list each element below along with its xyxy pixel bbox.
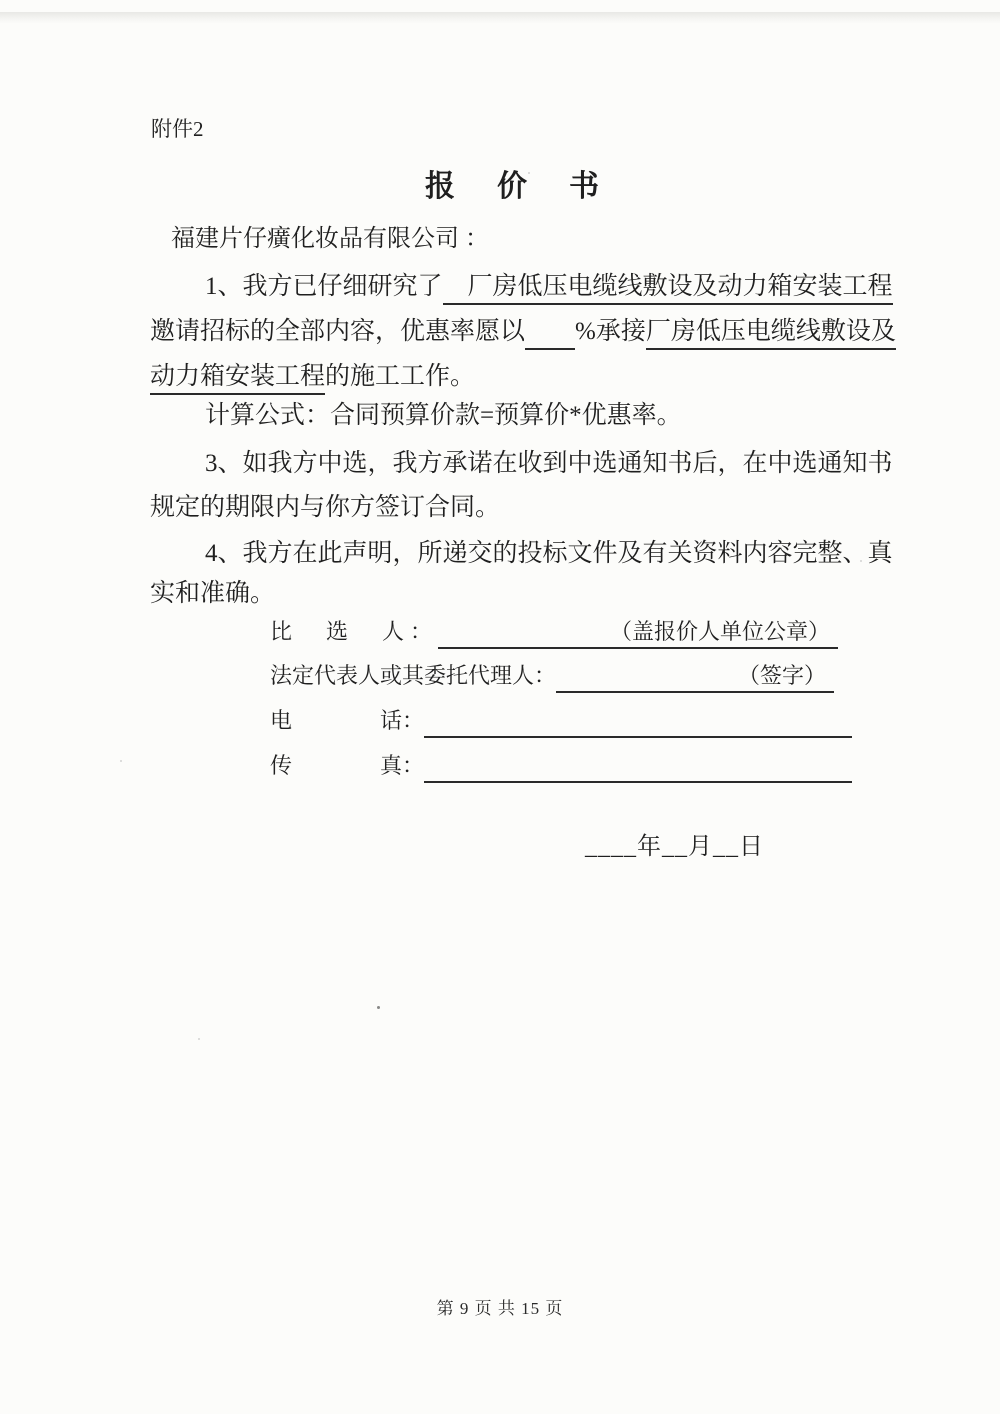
project-name-underlined-3: 动力箱安装工程 (150, 363, 325, 395)
fax-label: 传 真： (270, 749, 424, 783)
phone-label: 电 话： (270, 704, 424, 738)
clause1-line3: 动力箱安装工程的施工工作。 (150, 360, 475, 394)
date-line: ____年__月__日 (585, 830, 764, 864)
addressee-line: 福建片仔癀化妆品有限公司 ： (171, 222, 489, 256)
representative-signature-line: （签字） (556, 659, 834, 693)
fax-row: 传 真： (270, 749, 852, 783)
page-footer: 第 9 页 共 15 页 (0, 1292, 1000, 1326)
attachment-label: 附件2 (151, 112, 204, 146)
clause3-line2: 规定的期限内与你方签订合同。 (150, 491, 500, 525)
bidder-signature-line: （盖报价人单位公章） (438, 615, 838, 649)
bidder-row: 比 选 人：（盖报价人单位公章） (270, 615, 838, 649)
phone-blank-line (424, 704, 852, 738)
scanned-quotation-page: 附件2 报 价 书 福建片仔癀化妆品有限公司 ： 1、我方已仔细研究了 厂房低压… (0, 0, 1000, 1414)
clause1-lead: 1、我方已仔细研究了 (205, 273, 443, 300)
percent-suffix: %承接 (575, 318, 646, 345)
clause3-line1: 3、如我方中选，我方承诺在收到中选通知书后，在中选通知书 (205, 447, 893, 481)
bidder-label: 比 选 人： (270, 615, 438, 649)
document-title: 报 价 书 (0, 170, 1000, 204)
scan-speckle (377, 1006, 380, 1009)
clause1-line2: 邀请招标的全部内容，优惠率愿以 %承接厂房低压电缆线敷设及 (150, 315, 896, 349)
project-name-underlined-1: 厂房低压电缆线敷设及动力箱安装工程 (443, 273, 893, 305)
representative-row: 法定代表人或其委托代理人：（签字） (270, 659, 834, 693)
scan-speckle (198, 1038, 200, 1040)
clause1-line1: 1、我方已仔细研究了 厂房低压电缆线敷设及动力箱安装工程 (205, 270, 893, 304)
project-name-underlined-2: 厂房低压电缆线敷设及 (646, 318, 896, 350)
representative-label: 法定代表人或其委托代理人： (270, 659, 556, 693)
seal-note: （盖报价人单位公章） (610, 619, 830, 644)
clause4-line1: 4、我方在此声明，所递交的投标文件及有关资料内容完整、真 (205, 537, 893, 571)
discount-rate-blank (525, 318, 575, 350)
sign-note: （签字） (738, 663, 826, 688)
scan-speckle (120, 760, 122, 762)
clause1-tail: 的施工工作。 (325, 363, 475, 390)
phone-row: 电 话： (270, 704, 852, 738)
clause4-line2: 实和准确。 (150, 577, 275, 611)
formula-line: 计算公式：合同预算价款=预算价*优惠率。 (205, 399, 682, 433)
clause1-line2-text: 邀请招标的全部内容，优惠率愿以 (150, 318, 525, 345)
fax-blank-line (424, 749, 852, 783)
scan-edge-artifact (0, 12, 1000, 24)
